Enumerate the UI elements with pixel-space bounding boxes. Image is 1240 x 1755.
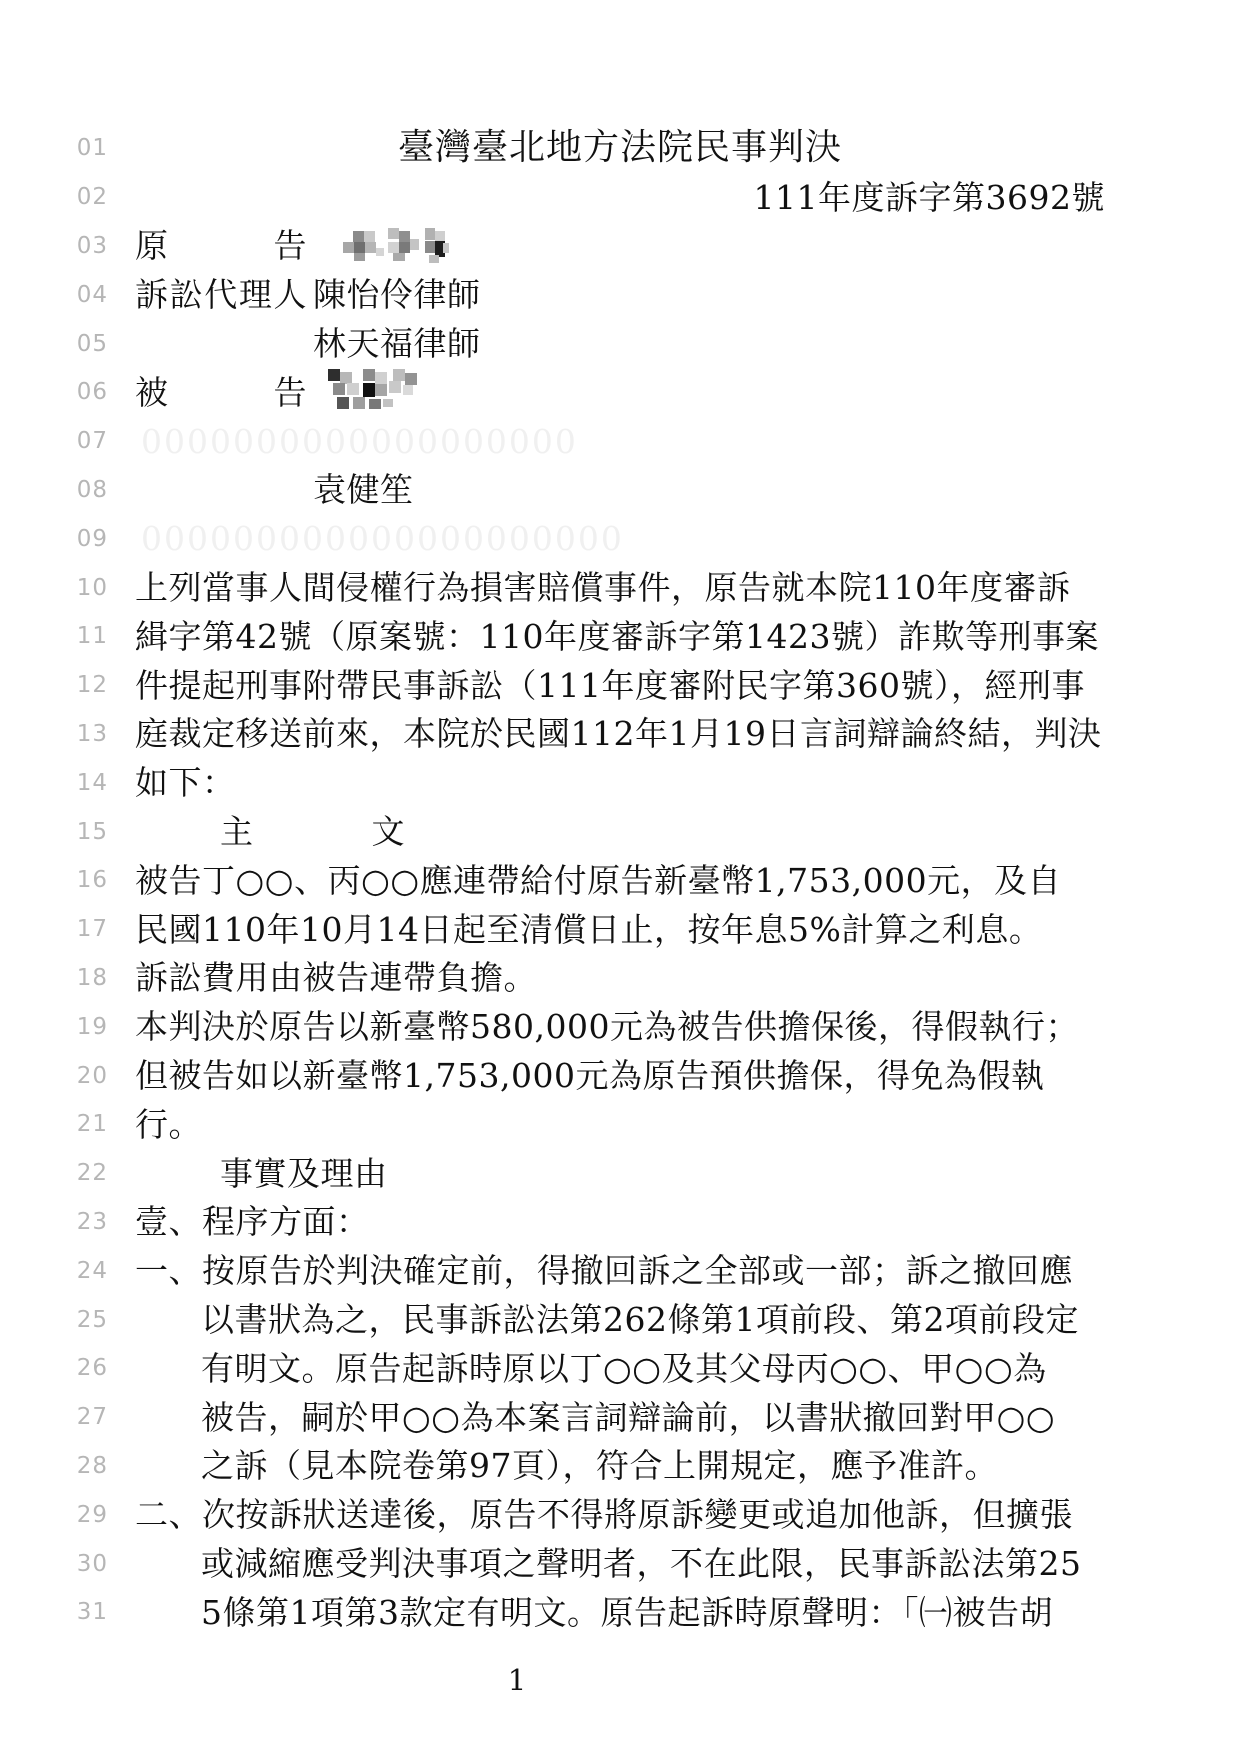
- defendant-name: 袁健笙: [313, 473, 414, 506]
- line-number: 11: [60, 623, 108, 649]
- line-row: 22 事實及理由: [0, 1149, 1240, 1198]
- body-line: 但被告如以新臺幣1,753,000元為原告預供擔保，得免為假執: [135, 1059, 1105, 1092]
- line-row: 24 一、按原告於判決確定前，得撤回訴之全部或一部；訴之撤回應: [0, 1246, 1240, 1295]
- body-line: 或減縮應受判決事項之聲明者，不在此限，民事訴訟法第25: [135, 1547, 1105, 1580]
- body-line: 有明文。原告起訴時原以丁○○及其父母丙○○、甲○○為: [135, 1352, 1105, 1385]
- faint-redacted-text: 0000000000000000000: [135, 425, 1105, 458]
- line-row: 17 民國110年10月14日起至清償日止，按年息5%計算之利息。: [0, 905, 1240, 954]
- line-number: 08: [60, 477, 108, 503]
- line-row: 13 庭裁定移送前來，本院於民國112年1月19日言詞辯論終結，判決: [0, 710, 1240, 759]
- line-number: 20: [60, 1063, 108, 1089]
- page-footer: 1: [0, 1655, 1034, 1705]
- attorney-name: 陳怡伶律師: [313, 278, 481, 311]
- line-number: 28: [60, 1453, 108, 1479]
- line-number: 25: [60, 1307, 108, 1333]
- line-number: 24: [60, 1258, 108, 1284]
- line-number: 06: [60, 379, 108, 405]
- redacted-plaintiff-name-mosaic: [343, 225, 449, 267]
- case-number: 111年度訴字第3692號: [135, 181, 1105, 214]
- line-row: 10 上列當事人間侵權行為損害賠償事件，原告就本院110年度審訴: [0, 563, 1240, 612]
- line-number: 14: [60, 770, 108, 796]
- section-heading-main-text: 文: [372, 815, 406, 848]
- line-row: 11 緝字第42號（原案號：110年度審訴字第1423號）詐欺等刑事案: [0, 612, 1240, 661]
- line-row: 30 或減縮應受判決事項之聲明者，不在此限，民事訴訟法第25: [0, 1539, 1240, 1588]
- line-row: 02 111年度訴字第3692號: [0, 173, 1240, 222]
- party-label-defendant: 被告: [135, 376, 307, 409]
- document-title: 臺灣臺北地方法院民事判決: [135, 130, 1105, 166]
- line-number: 07: [60, 428, 108, 454]
- line-number: 10: [60, 575, 108, 601]
- line-number: 09: [60, 526, 108, 552]
- line-row: 25 以書狀為之，民事訴訟法第262條第1項前段、第2項前段定: [0, 1295, 1240, 1344]
- line-number: 30: [60, 1551, 108, 1577]
- line-number: 05: [60, 331, 108, 357]
- body-line: 庭裁定移送前來，本院於民國112年1月19日言詞辯論終結，判決: [135, 717, 1105, 750]
- line-row: 27 被告，嗣於甲○○為本案言詞辯論前，以書狀撤回對甲○○: [0, 1393, 1240, 1442]
- line-row: 31 5條第1項第3款定有明文。原告起訴時原聲明：「㈠被告胡: [0, 1588, 1240, 1637]
- line-row: 09 000000000000000000000: [0, 514, 1240, 563]
- line-row: 28 之訴（見本院卷第97頁），符合上開規定，應予准許。: [0, 1442, 1240, 1491]
- body-line: 上列當事人間侵權行為損害賠償事件，原告就本院110年度審訴: [135, 571, 1105, 604]
- body-line: 以書狀為之，民事訴訟法第262條第1項前段、第2項前段定: [135, 1303, 1105, 1336]
- redacted-defendant-name-mosaic: [323, 367, 443, 417]
- body-line: 二、次按訴狀送達後，原告不得將原訴變更或追加他訴，但擴張: [135, 1498, 1105, 1531]
- line-row: 04 訴訟代理人 陳怡伶律師: [0, 270, 1240, 319]
- body-line: 之訴（見本院卷第97頁），符合上開規定，應予准許。: [135, 1449, 1105, 1482]
- line-row: 07 0000000000000000000: [0, 417, 1240, 466]
- line-row: 06 被告: [0, 368, 1240, 417]
- line-number: 23: [60, 1209, 108, 1235]
- line-number: 29: [60, 1502, 108, 1528]
- line-number: 15: [60, 819, 108, 845]
- line-row: 08 袁健笙: [0, 466, 1240, 515]
- page-number: 1: [508, 1663, 526, 1697]
- party-label-plaintiff: 原告: [135, 229, 307, 262]
- body-line: 民國110年10月14日起至清償日止，按年息5%計算之利息。: [135, 913, 1105, 946]
- line-number: 02: [60, 184, 108, 210]
- body-line: 被告丁○○、丙○○應連帶給付原告新臺幣1,753,000元，及自: [135, 864, 1105, 897]
- body-line: 5條第1項第3款定有明文。原告起訴時原聲明：「㈠被告胡: [135, 1596, 1105, 1629]
- faint-redacted-text: 000000000000000000000: [135, 522, 1105, 555]
- line-row: 21 行。: [0, 1100, 1240, 1149]
- line-number: 17: [60, 916, 108, 942]
- line-number: 12: [60, 672, 108, 698]
- body-line: 壹、程序方面：: [135, 1205, 1105, 1238]
- line-number: 03: [60, 233, 108, 259]
- line-row: 01 臺灣臺北地方法院民事判決: [0, 124, 1240, 173]
- body-line: 訴訟費用由被告連帶負擔。: [135, 961, 1105, 994]
- line-row: 12 件提起刑事附帶民事訴訟（111年度審附民字第360號），經刑事: [0, 661, 1240, 710]
- line-number: 18: [60, 965, 108, 991]
- line-row: 20 但被告如以新臺幣1,753,000元為原告預供擔保，得免為假執: [0, 1051, 1240, 1100]
- body-line: 一、按原告於判決確定前，得撤回訴之全部或一部；訴之撤回應: [135, 1254, 1105, 1287]
- line-row: 23 壹、程序方面：: [0, 1198, 1240, 1247]
- line-row: 03 原告: [0, 222, 1240, 271]
- body-line: 本判決於原告以新臺幣580,000元為被告供擔保後，得假執行；: [135, 1010, 1105, 1043]
- line-number: 01: [60, 135, 108, 161]
- judgment-document: 01 臺灣臺北地方法院民事判決 02 111年度訴字第3692號 03 原告: [0, 0, 1240, 1705]
- line-number: 26: [60, 1355, 108, 1381]
- attorney-name: 林天福律師: [313, 327, 481, 360]
- line-number: 31: [60, 1599, 108, 1625]
- line-row: 14 如下：: [0, 758, 1240, 807]
- line-number: 21: [60, 1111, 108, 1137]
- line-row: 15 主 文: [0, 807, 1240, 856]
- line-number: 22: [60, 1160, 108, 1186]
- party-label-attorney: 訴訟代理人: [135, 278, 307, 311]
- body-line: 緝字第42號（原案號：110年度審訴字第1423號）詐欺等刑事案: [135, 620, 1105, 653]
- section-heading-main-text: 主: [220, 815, 254, 848]
- line-number: 13: [60, 721, 108, 747]
- line-row: 05 林天福律師: [0, 319, 1240, 368]
- line-row: 18 訴訟費用由被告連帶負擔。: [0, 954, 1240, 1003]
- line-row: 26 有明文。原告起訴時原以丁○○及其父母丙○○、甲○○為: [0, 1344, 1240, 1393]
- line-number: 16: [60, 867, 108, 893]
- body-line: 被告，嗣於甲○○為本案言詞辯論前，以書狀撤回對甲○○: [135, 1401, 1105, 1434]
- line-row: 29 二、次按訴狀送達後，原告不得將原訴變更或追加他訴，但擴張: [0, 1490, 1240, 1539]
- line-number: 04: [60, 282, 108, 308]
- section-heading-facts-reasons: 事實及理由: [220, 1157, 388, 1190]
- body-line: 行。: [135, 1108, 1105, 1141]
- line-number: 27: [60, 1404, 108, 1430]
- body-line: 件提起刑事附帶民事訴訟（111年度審附民字第360號），經刑事: [135, 669, 1105, 702]
- line-number: 19: [60, 1014, 108, 1040]
- line-row: 16 被告丁○○、丙○○應連帶給付原告新臺幣1,753,000元，及自: [0, 856, 1240, 905]
- line-row: 19 本判決於原告以新臺幣580,000元為被告供擔保後，得假執行；: [0, 1002, 1240, 1051]
- body-line: 如下：: [135, 766, 1105, 799]
